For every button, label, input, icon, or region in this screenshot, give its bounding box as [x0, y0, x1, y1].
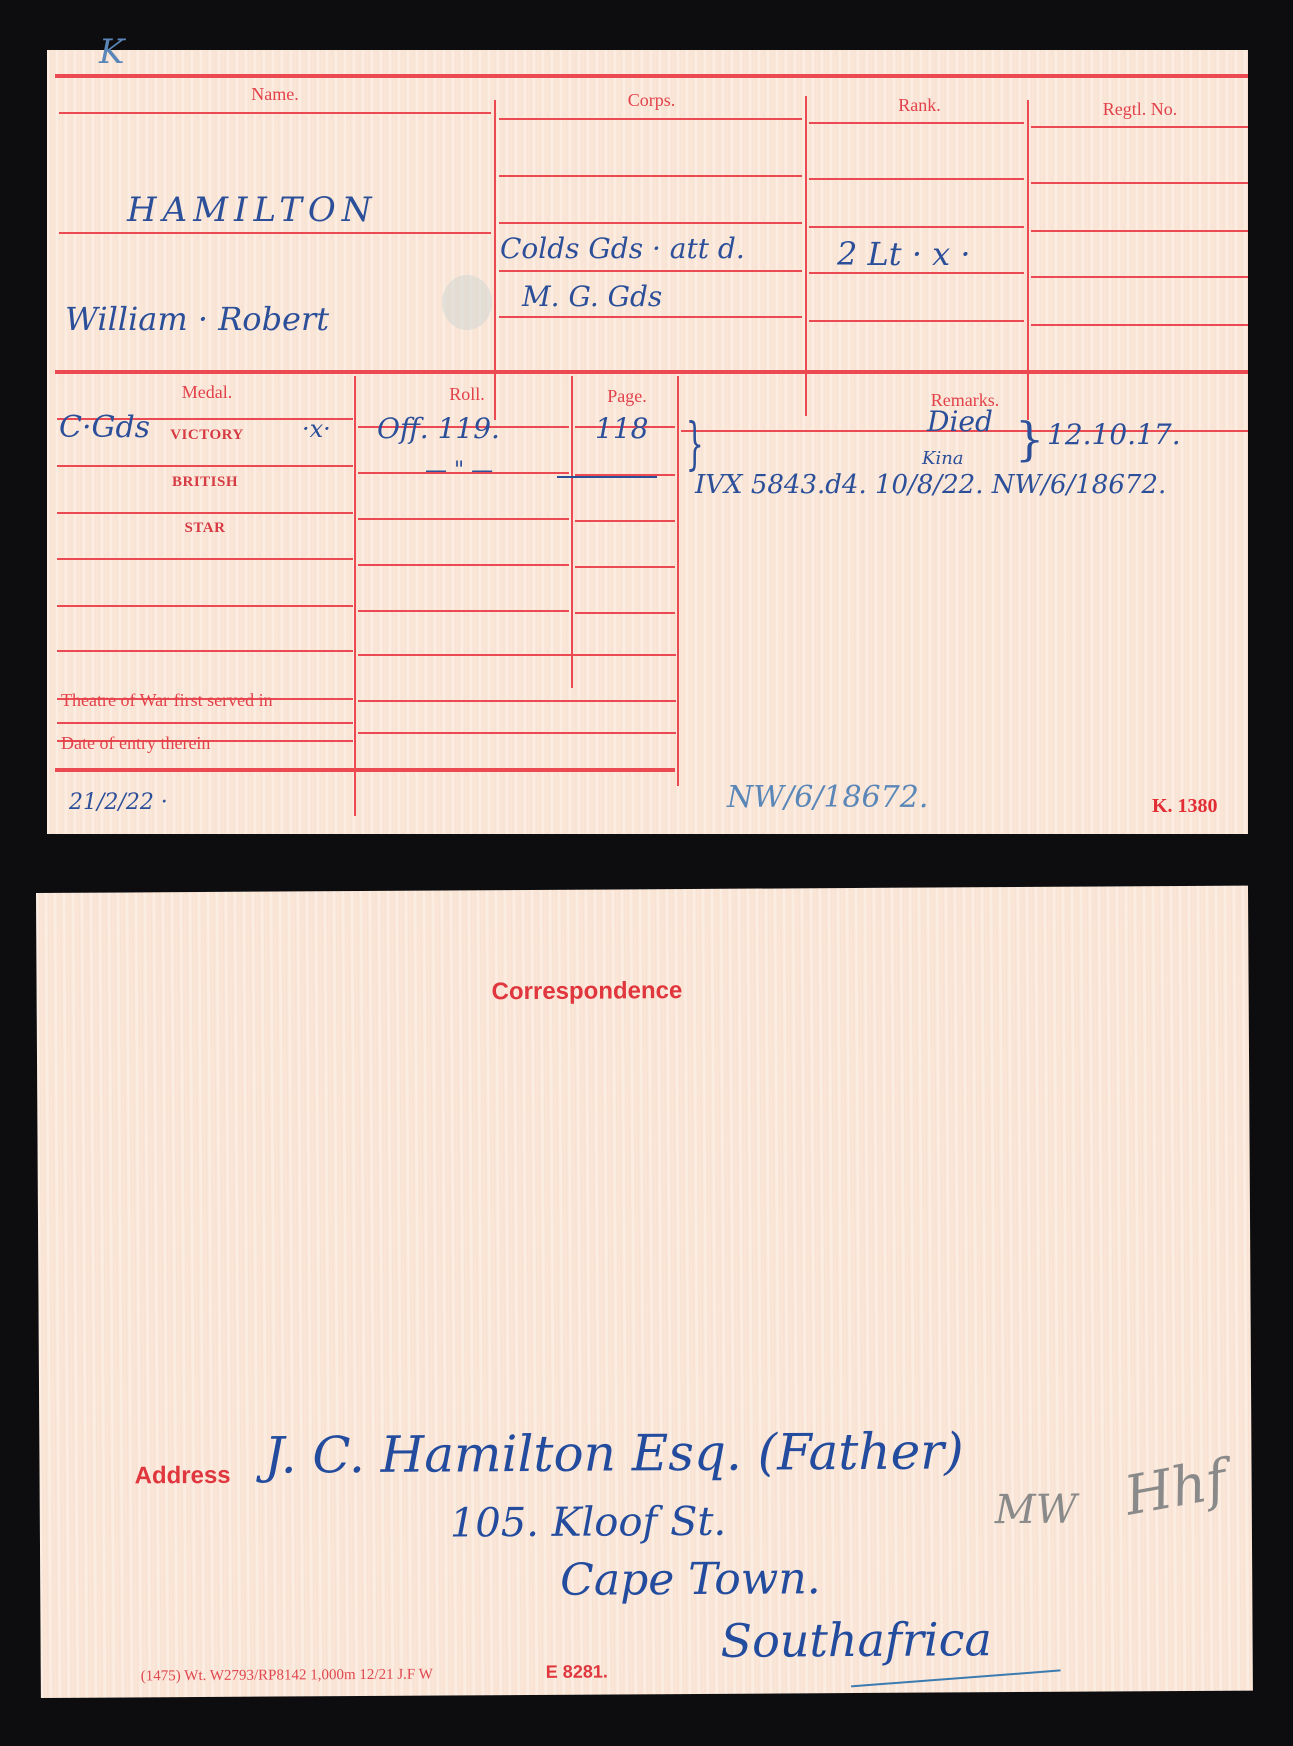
british-roll: — " — [425, 458, 493, 483]
victory-mark: ·x· [302, 415, 331, 443]
rule [809, 320, 1024, 322]
address-label: Address [134, 1462, 230, 1491]
medal-section-rule [55, 370, 1248, 374]
rank-value: 2 Lt · x · [837, 235, 971, 273]
surname-value: HAMILTON [127, 190, 378, 230]
address-line-2: 105. Kloof St. [450, 1499, 727, 1547]
remarks-died: Died [927, 405, 993, 438]
rule [809, 226, 1024, 228]
rule [57, 605, 353, 607]
bottom-rule [55, 768, 675, 772]
underline-stroke [851, 1669, 1061, 1687]
form-number: K. 1380 [1152, 795, 1218, 818]
correspondence-title: Correspondence [492, 977, 683, 1006]
rule [57, 512, 353, 514]
date-of-entry-label: Date of entry therein [61, 733, 210, 754]
remarks-date: 12.10.17. [1047, 418, 1181, 451]
paper-stain [442, 275, 492, 330]
rule [59, 232, 491, 234]
rule [809, 122, 1024, 124]
rule [358, 732, 676, 734]
medal-british-label: BRITISH [57, 474, 353, 491]
remarks-bracket-icon: } [1015, 412, 1044, 466]
rule [1031, 230, 1248, 232]
rule [358, 700, 676, 702]
british-page-dash [557, 476, 657, 478]
victory-roll: Off. 119. [377, 412, 500, 445]
printer-imprint: (1475) Wt. W2793/RP8142 1,000m 12/21 J.F… [141, 1667, 433, 1686]
rule [358, 518, 569, 520]
rule [499, 118, 802, 120]
rule [499, 316, 802, 318]
header-regtl-no: Regtl. No. [1032, 99, 1248, 120]
rule [575, 520, 675, 522]
address-line-4: Southafrica [720, 1612, 992, 1668]
header-name: Name. [57, 84, 493, 105]
rule [358, 654, 676, 656]
rule [499, 270, 802, 272]
rule [1031, 126, 1248, 128]
remarks-kina: Kina [922, 448, 964, 469]
pencil-initials-2: Hhf [1120, 1447, 1232, 1527]
footer-date: 21/2/22 · [69, 790, 168, 815]
rule [499, 175, 802, 177]
header-corps: Corps. [499, 90, 804, 111]
header-roll: Roll. [357, 384, 577, 405]
address-line-3: Cape Town. [560, 1553, 821, 1606]
medal-prefix: C·Gds [59, 410, 150, 445]
rule [358, 610, 569, 612]
rule [57, 650, 353, 652]
pencil-initials-1: MW [995, 1487, 1077, 1534]
corps-value-line1: Colds Gds · att d. [500, 232, 745, 265]
theatre-of-war-label: Theatre of War first served in [61, 690, 273, 711]
divider-roll-page [571, 376, 573, 688]
rule [575, 566, 675, 568]
header-page: Page. [577, 386, 677, 407]
medal-index-card-back: Correspondence Address J. C. Hamilton Es… [36, 886, 1253, 1698]
rule [1031, 276, 1248, 278]
header-medal: Medal. [57, 382, 357, 403]
forenames-value: William · Robert [65, 300, 329, 338]
corps-value-line2: M. G. Gds [522, 280, 662, 313]
rule [57, 465, 353, 467]
corner-mark: K [99, 32, 124, 72]
divider-corps-rank [805, 96, 807, 416]
rule [59, 112, 491, 114]
rule [809, 178, 1024, 180]
rule [1031, 324, 1248, 326]
printer-code: E 8281. [546, 1662, 608, 1683]
rule [57, 558, 353, 560]
rule [358, 564, 569, 566]
remarks-reference: IVX 5843.d4. 10/8/22. NW/6/18672. [695, 470, 1166, 500]
medal-star-label: STAR [57, 520, 353, 537]
top-rule [55, 74, 1248, 78]
rule [1031, 182, 1248, 184]
bracket-icon: } [686, 412, 704, 477]
footer-reference: NW/6/18672. [727, 780, 928, 815]
address-line-1: J. C. Hamilton Esq. (Father) [264, 1422, 964, 1484]
medal-index-card-front: K Name. Corps. Rank. Regtl. No. HAMILTON… [47, 50, 1248, 834]
rule [575, 612, 675, 614]
rule [499, 222, 802, 224]
rule [57, 722, 353, 724]
divider-page-remarks [677, 376, 679, 786]
victory-page: 118 [595, 412, 648, 445]
header-rank: Rank. [812, 95, 1027, 116]
